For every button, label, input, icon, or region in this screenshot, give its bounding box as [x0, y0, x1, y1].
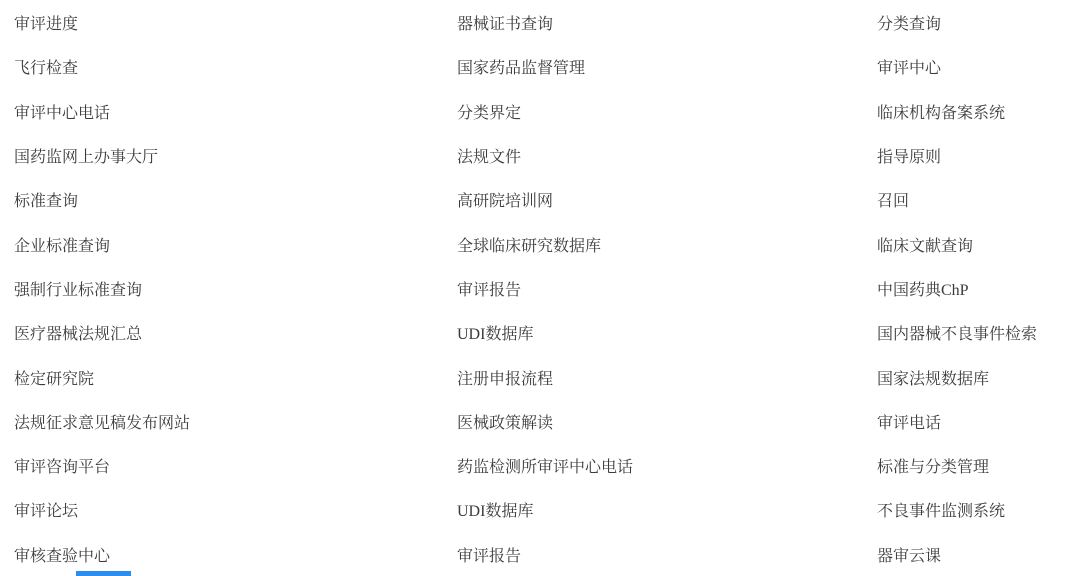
link-item[interactable]: 高研院培训网: [457, 180, 877, 224]
link-item[interactable]: 审评报告: [457, 269, 877, 313]
link-item[interactable]: 中国药典ChP: [877, 269, 1080, 313]
link-item[interactable]: UDI数据库: [457, 313, 877, 357]
link-item[interactable]: 审评报告: [457, 535, 877, 576]
link-item[interactable]: 审评中心电话: [14, 92, 457, 136]
link-item[interactable]: 审评中心: [877, 47, 1080, 91]
link-item[interactable]: 审核查验中心: [14, 535, 457, 576]
link-item[interactable]: 医械政策解读: [457, 402, 877, 446]
link-item[interactable]: 法规征求意见稿发布网站: [14, 402, 457, 446]
link-item[interactable]: 审评咨询平台: [14, 446, 457, 490]
link-item[interactable]: 法规文件: [457, 136, 877, 180]
link-item[interactable]: 审评论坛: [14, 490, 457, 534]
link-item[interactable]: 标准查询: [14, 180, 457, 224]
link-item[interactable]: 分类查询: [877, 3, 1080, 47]
link-column-middle: 器械证书查询国家药品监督管理分类界定法规文件高研院培训网全球临床研究数据库审评报…: [457, 3, 877, 47]
link-item[interactable]: 强制行业标准查询: [14, 269, 457, 313]
link-item[interactable]: 临床文献查询: [877, 224, 1080, 268]
link-item[interactable]: 器审云课: [877, 535, 1080, 576]
link-item[interactable]: 标准与分类管理: [877, 446, 1080, 490]
link-item[interactable]: 全球临床研究数据库: [457, 224, 877, 268]
link-directory: 审评进度飞行检查审评中心电话国药监网上办事大厅标准查询企业标准查询强制行业标准查…: [0, 0, 1080, 576]
link-item[interactable]: 审评电话: [877, 402, 1080, 446]
link-item[interactable]: 药监检测所审评中心电话: [457, 446, 877, 490]
link-item[interactable]: 国家药品监督管理: [457, 47, 877, 91]
link-item[interactable]: 国药监网上办事大厅: [14, 136, 457, 180]
link-column-right: 分类查询审评中心临床机构备案系统指导原则召回临床文献查询中国药典ChP国内器械不…: [877, 3, 1080, 47]
link-item[interactable]: 检定研究院: [14, 357, 457, 401]
link-item[interactable]: 国家法规数据库: [877, 357, 1080, 401]
link-item[interactable]: 国内器械不良事件检索: [877, 313, 1080, 357]
link-item[interactable]: 指导原则: [877, 136, 1080, 180]
link-item[interactable]: 注册申报流程: [457, 357, 877, 401]
link-item[interactable]: 飞行检查: [14, 47, 457, 91]
link-item[interactable]: 医疗器械法规汇总: [14, 313, 457, 357]
link-item[interactable]: 审评进度: [14, 3, 457, 47]
link-item[interactable]: 企业标准查询: [14, 224, 457, 268]
link-item[interactable]: 临床机构备案系统: [877, 92, 1080, 136]
link-item[interactable]: 召回: [877, 180, 1080, 224]
link-item[interactable]: 分类界定: [457, 92, 877, 136]
link-item[interactable]: 不良事件监测系统: [877, 490, 1080, 534]
link-column-left: 审评进度飞行检查审评中心电话国药监网上办事大厅标准查询企业标准查询强制行业标准查…: [14, 3, 457, 47]
partial-blue-element[interactable]: [76, 571, 131, 576]
link-item[interactable]: UDI数据库: [457, 490, 877, 534]
link-item[interactable]: 器械证书查询: [457, 3, 877, 47]
